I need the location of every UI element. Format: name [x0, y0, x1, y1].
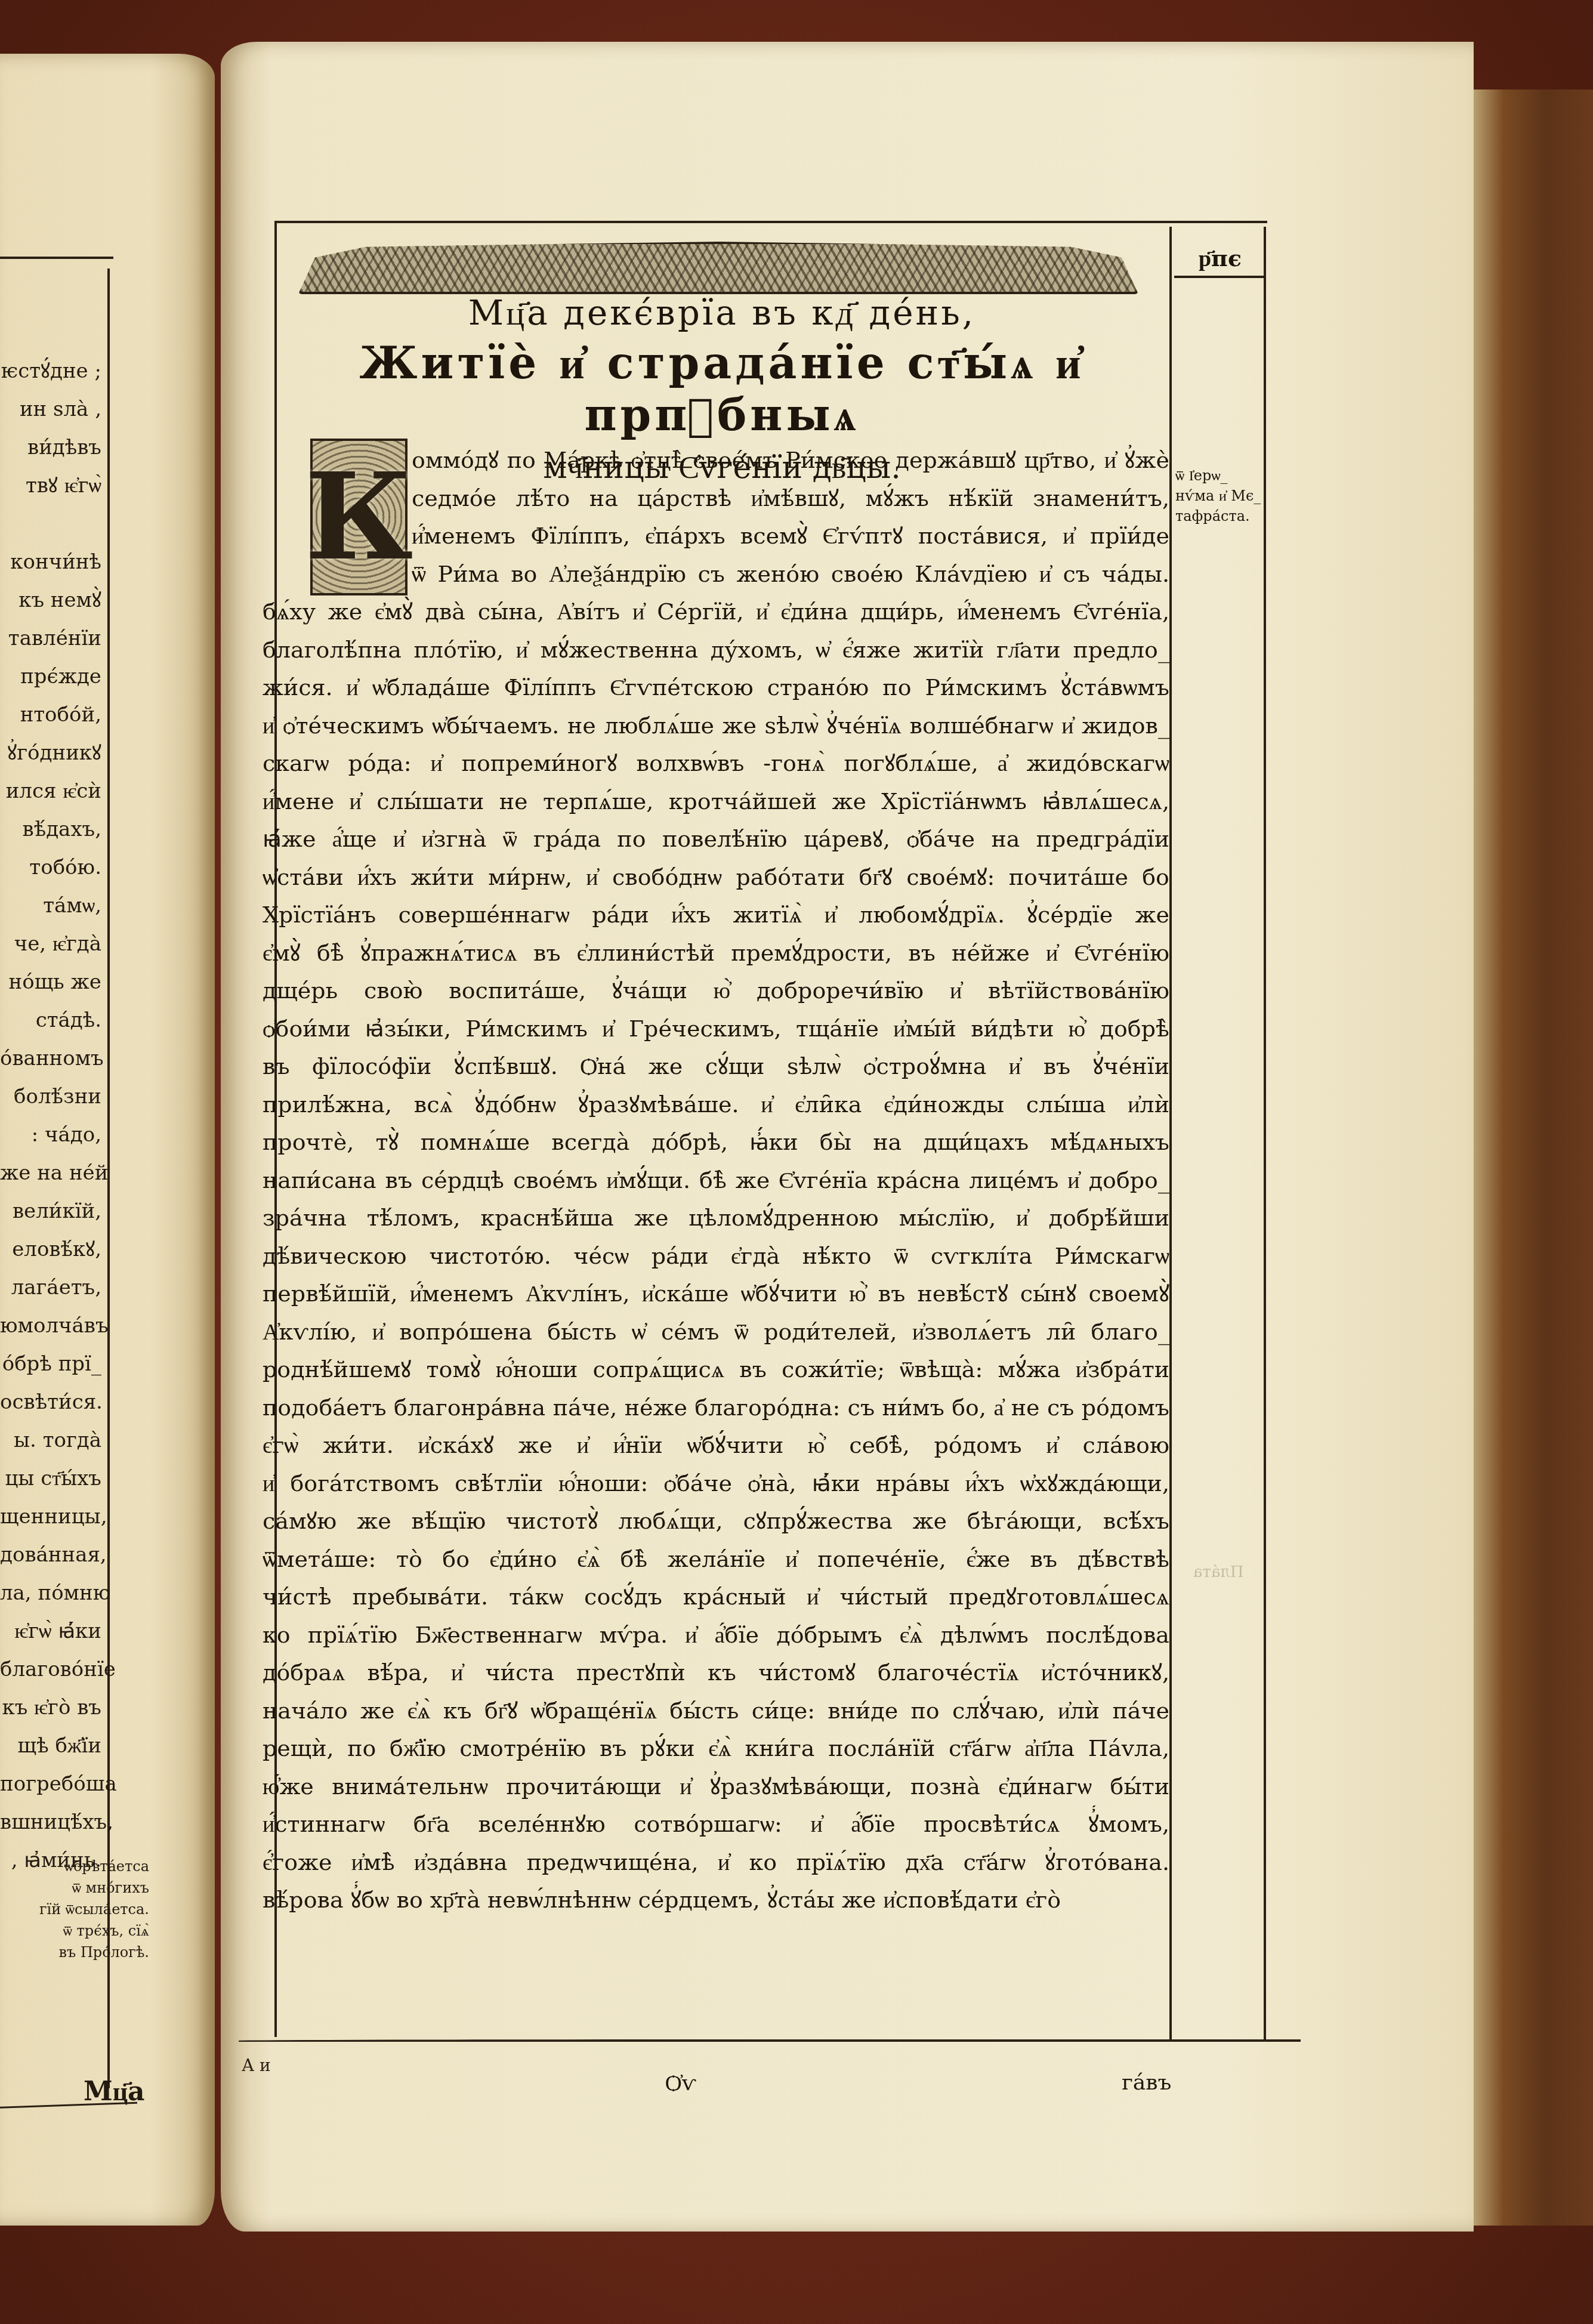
body-line: є҆́гоже и҆мѣ̀ и҆зда́вна предѡчище́на, и҆…: [263, 1844, 1169, 1882]
book-page-edges: [1474, 89, 1593, 2226]
left-page-catchword: Мц҃а: [84, 2076, 145, 2107]
body-line: са́мꙋю же вѣ́щїю чистотꙋ̀ любѧ́щи, сꙋпрꙋ…: [263, 1502, 1169, 1541]
body-line: и҆ ѻ҆те́ческимъ ѡ҆бы́чаемъ. не люблѧ́ше …: [263, 707, 1169, 745]
left-page-footnote: ѡ҆брѣта́етса ѿ мно́гихъ гїй ѿсыла́етса. …: [0, 1856, 149, 1963]
body-line: скагѡ ро́да: и҆ попреми́ногꙋ волхвѡ́въ -…: [263, 745, 1169, 783]
left-line: ы. тогда̀: [0, 1421, 101, 1459]
left-line: о́ванномъ: [0, 1039, 101, 1078]
left-line: еловѣ́кꙋ,: [0, 1230, 101, 1269]
folio-rule: [1174, 276, 1264, 278]
body-line: роднѣ́йшемꙋ томꙋ̀ ю҆́ноши сопрѧ́щисѧ въ …: [263, 1351, 1169, 1389]
body-line: бѧ́ху же є҆мꙋ̀ два̀ сы́на, А҆ві́тъ и҆ Се…: [263, 593, 1169, 631]
body-line: и҆́менемъ Фїлі́ппъ, є҆па́рхъ всемꙋ̀ Є҆гѵ…: [263, 517, 1169, 555]
left-line: ился ѥ҆сѝ: [0, 772, 101, 810]
body-line: ꙗ҆́же а҆́ще и҆ и҆згна̀ ѿ гра́да по повел…: [263, 820, 1169, 859]
left-line: ѥ҆гѡ̀ ꙗ҆́ки: [0, 1612, 101, 1650]
bleed-through-text: Пла́та: [1193, 1563, 1244, 1581]
body-line: є҆гѡ̀ жи́ти. и҆ска́хꙋ же и҆ и҆́нїи ѡ҆бꙋ́…: [263, 1427, 1169, 1465]
left-line: щѣ бж҃їи: [0, 1727, 101, 1765]
body-line: и҆ бога́тствомъ свѣ́тлїи ю҆́ноши: ѻ҆ба́ч…: [263, 1465, 1169, 1503]
body-line: въ фїлосо́фїи ꙋ҆спѣ́вшꙋ. Ѻ҆на́ же сꙋ́щи …: [263, 1048, 1169, 1086]
left-line: цы ст҃ы́хъ: [0, 1459, 101, 1498]
body-line: ю҆́же внима́тельнѡ прочита́ющи и҆ ꙋ҆разꙋ…: [263, 1768, 1169, 1806]
left-line: прє́жде: [0, 658, 101, 696]
left-line: къ немꙋ̀: [0, 581, 101, 619]
body-line: и҆́стиннагѡ бг҃а вселе́ннꙋю сотво́ршагѡ:…: [263, 1806, 1169, 1844]
body-line: дще́рь свою̀ воспита́ше, ꙋ҆ча́щи ю҆̀ доб…: [263, 972, 1169, 1010]
frame-bottom-rule: [239, 2039, 1301, 2042]
left-page: ѥстꙋ́дне ; ин ѕла̀ , ви́дѣвъ твꙋ ѥ҆гѡ̀ к…: [0, 54, 215, 2226]
footnote-line: ѿ трє́хъ, сїѧ̀: [0, 1920, 149, 1942]
left-line: ста́дѣ.: [0, 1001, 101, 1039]
body-line: є҆мꙋ̀ бѣ̀ ꙋ҆пражнѧ́тисѧ въ є҆ллини́стѣй …: [263, 934, 1169, 973]
body-line: до́браѧ вѣ́ра, и҆ чи́ста престꙋпѝ къ чи́…: [263, 1654, 1169, 1692]
body-text: оммо́дꙋ по Ма́ркѣ ѻ҆тцѣ̀ свое́мъ Ри́мско…: [263, 442, 1169, 1919]
body-line: жи́ся. и҆ ѡ҆блада́ше Фїлі́ппъ Є҆гѵпе́тск…: [263, 669, 1169, 707]
body-line: ѿ Ри́ма во А҆леѯа́ндрїю съ жено́ю свое́ю…: [263, 555, 1169, 594]
left-line: болѣ́зни: [0, 1078, 101, 1116]
left-line: : ча́до,: [0, 1116, 101, 1154]
body-line: оммо́дꙋ по Ма́ркѣ ѻ҆тцѣ̀ свое́мъ Ри́мско…: [263, 442, 1169, 480]
left-line: нтобо́й,: [0, 696, 101, 734]
footnote-line: въ Про́логѣ.: [0, 1942, 149, 1963]
body-line: первѣ́йшїй, и҆́менемъ А҆кѵлі́нъ, и҆ска́ш…: [263, 1275, 1169, 1313]
left-line: ви́дѣвъ: [0, 428, 101, 467]
column-rule: [1169, 227, 1172, 2041]
left-line: благово́нїе: [0, 1650, 101, 1689]
footnote-line: ѿ мно́гихъ: [0, 1877, 149, 1899]
body-line: дѣ́вическою чистото́ю. че́сѡ ра́ди є҆гда…: [263, 1237, 1169, 1276]
left-line: юмолча́въ: [0, 1307, 101, 1345]
left-line: вшницѣ́хъ,: [0, 1803, 101, 1841]
body-line: благолѣ́пна пло́тїю, и҆ мꙋ́жественна ду́…: [263, 631, 1169, 669]
left-line: твꙋ ѥ҆гѡ̀: [0, 467, 101, 505]
margin-note: ѿ І҆ерѡ_ нѵ́ма и҆ Мє_ тафра́ста.: [1175, 465, 1265, 526]
left-line: че, ѥ҆гда̀: [0, 925, 101, 963]
left-line: ла, по́мню: [0, 1574, 101, 1612]
body-line: и҆́мене и҆ слы́шати не терпѧ́ше, кротча́…: [263, 783, 1169, 821]
left-line: та́мѡ,: [0, 887, 101, 925]
body-line: ѡ҆ста́ви и҆́хъ жи́ти ми́рнѡ, и҆ свобо́дн…: [263, 859, 1169, 897]
left-line: освѣти́ся.: [0, 1383, 101, 1421]
left-line: кончи́нѣ: [0, 543, 101, 581]
title-date: Мц҃а декє́врїа въ кд҃ де́нь,: [280, 292, 1163, 333]
left-line: къ ѥ҆го̀ въ: [0, 1689, 101, 1727]
body-line: А҆кѵлі́ю, и҆ вопро́шена бы́сть ѡ҆ се́мъ …: [263, 1313, 1169, 1351]
body-line: Хрїстїа́нъ соверше́ннагѡ ра́ди и҆́хъ жит…: [263, 896, 1169, 934]
left-line: дова́нная,: [0, 1536, 101, 1574]
body-line: седмо́е лѣ́то на ца́рствѣ и҆мѣ́вшꙋ, мꙋ́ж…: [263, 480, 1169, 518]
left-line: ин ѕла̀ ,: [0, 390, 101, 428]
title-main: Житїѐ и҆ страда́нїе ст҃ы́ѧ и҆ прпⷣбныѧ: [280, 338, 1163, 442]
margin-note-line: ѿ І҆ерѡ_: [1175, 465, 1265, 486]
body-line: рещѝ, по бж҃їю смотре́нїю въ рꙋ́ки є҆ѧ̀ …: [263, 1730, 1169, 1768]
left-line: щенницы,: [0, 1498, 101, 1536]
body-line: подоба́етъ благонра́вна па́че, не́же бла…: [263, 1389, 1169, 1427]
left-line: о́брѣ прї_: [0, 1345, 101, 1383]
body-line: чи́стѣ пребыва́ти. та́кѡ сосꙋ́дъ кра́сны…: [263, 1578, 1169, 1616]
signature-mark: А и: [242, 2056, 271, 2075]
left-line: же на не́й: [0, 1154, 101, 1192]
body-line: ѿмета́ше: то̀ бо є҆ди́но є҆ѧ̀ бѣ̀ жела́н…: [263, 1541, 1169, 1579]
body-line: вѣ́рова ꙋ҆́бѡ во хр҃та̀ невѡ́лнѣннѡ се́р…: [263, 1881, 1169, 1919]
body-line: ѻ҆бои́ми ꙗ҆зы́ки, Ри́мскимъ и҆ Гре́чески…: [263, 1010, 1169, 1048]
left-line: тавле́нїи: [0, 619, 101, 658]
body-line: ко прїѧ́тїю Бж҃ественнагѡ мѵ́ра. и҆ а҆́б…: [263, 1616, 1169, 1655]
left-page-text: ѥстꙋ́дне ; ин ѕла̀ , ви́дѣвъ твꙋ ѥ҆гѡ̀ к…: [0, 352, 101, 1879]
margin-note-line: тафра́ста.: [1175, 506, 1265, 526]
left-line: но́щь же: [0, 963, 101, 1001]
folio-number: р҃пє: [1175, 245, 1265, 272]
left-line: погребо́ша: [0, 1765, 101, 1803]
body-line: прилѣ́жна, всѧ̀ ꙋ҆до́бнѡ ꙋ҆разꙋмѣва́ше. …: [263, 1086, 1169, 1124]
body-line: напи́сана въ се́рдцѣ свое́мъ и҆мꙋ́щи. бѣ…: [263, 1162, 1169, 1200]
body-line: нача́ло же є҆ѧ̀ къ бг҃ꙋ ѡ҆браще́нїѧ бы́с…: [263, 1692, 1169, 1730]
left-line: ѥстꙋ́дне ;: [0, 352, 101, 390]
margin-note-line: нѵ́ма и҆ Мє_: [1175, 486, 1265, 506]
left-line: тобо́ю.: [0, 848, 101, 887]
gathering-mark: Ѻ҆ѵ: [665, 2070, 696, 2095]
left-line: ꙋ҆го́дникꙋ: [0, 734, 101, 772]
left-line: лага́етъ,: [0, 1269, 101, 1307]
left-line: вѣ́дахъ,: [0, 810, 101, 848]
footnote-line: ѡ҆брѣта́етса: [0, 1856, 149, 1877]
body-line: зра́чна тѣ́ломъ, краснѣ́йша же цѣломꙋ́др…: [263, 1199, 1169, 1237]
left-line: вели́кїй,: [0, 1192, 101, 1230]
left-line-gap: [0, 505, 101, 543]
body-line: прочтѐ, тꙋ̀ помнѧ́ше всегда̀ до́брѣ, ꙗ҆́…: [263, 1124, 1169, 1162]
catchword: га́въ: [1122, 2070, 1172, 2095]
footnote-line: гїй ѿсыла́етса.: [0, 1899, 149, 1920]
